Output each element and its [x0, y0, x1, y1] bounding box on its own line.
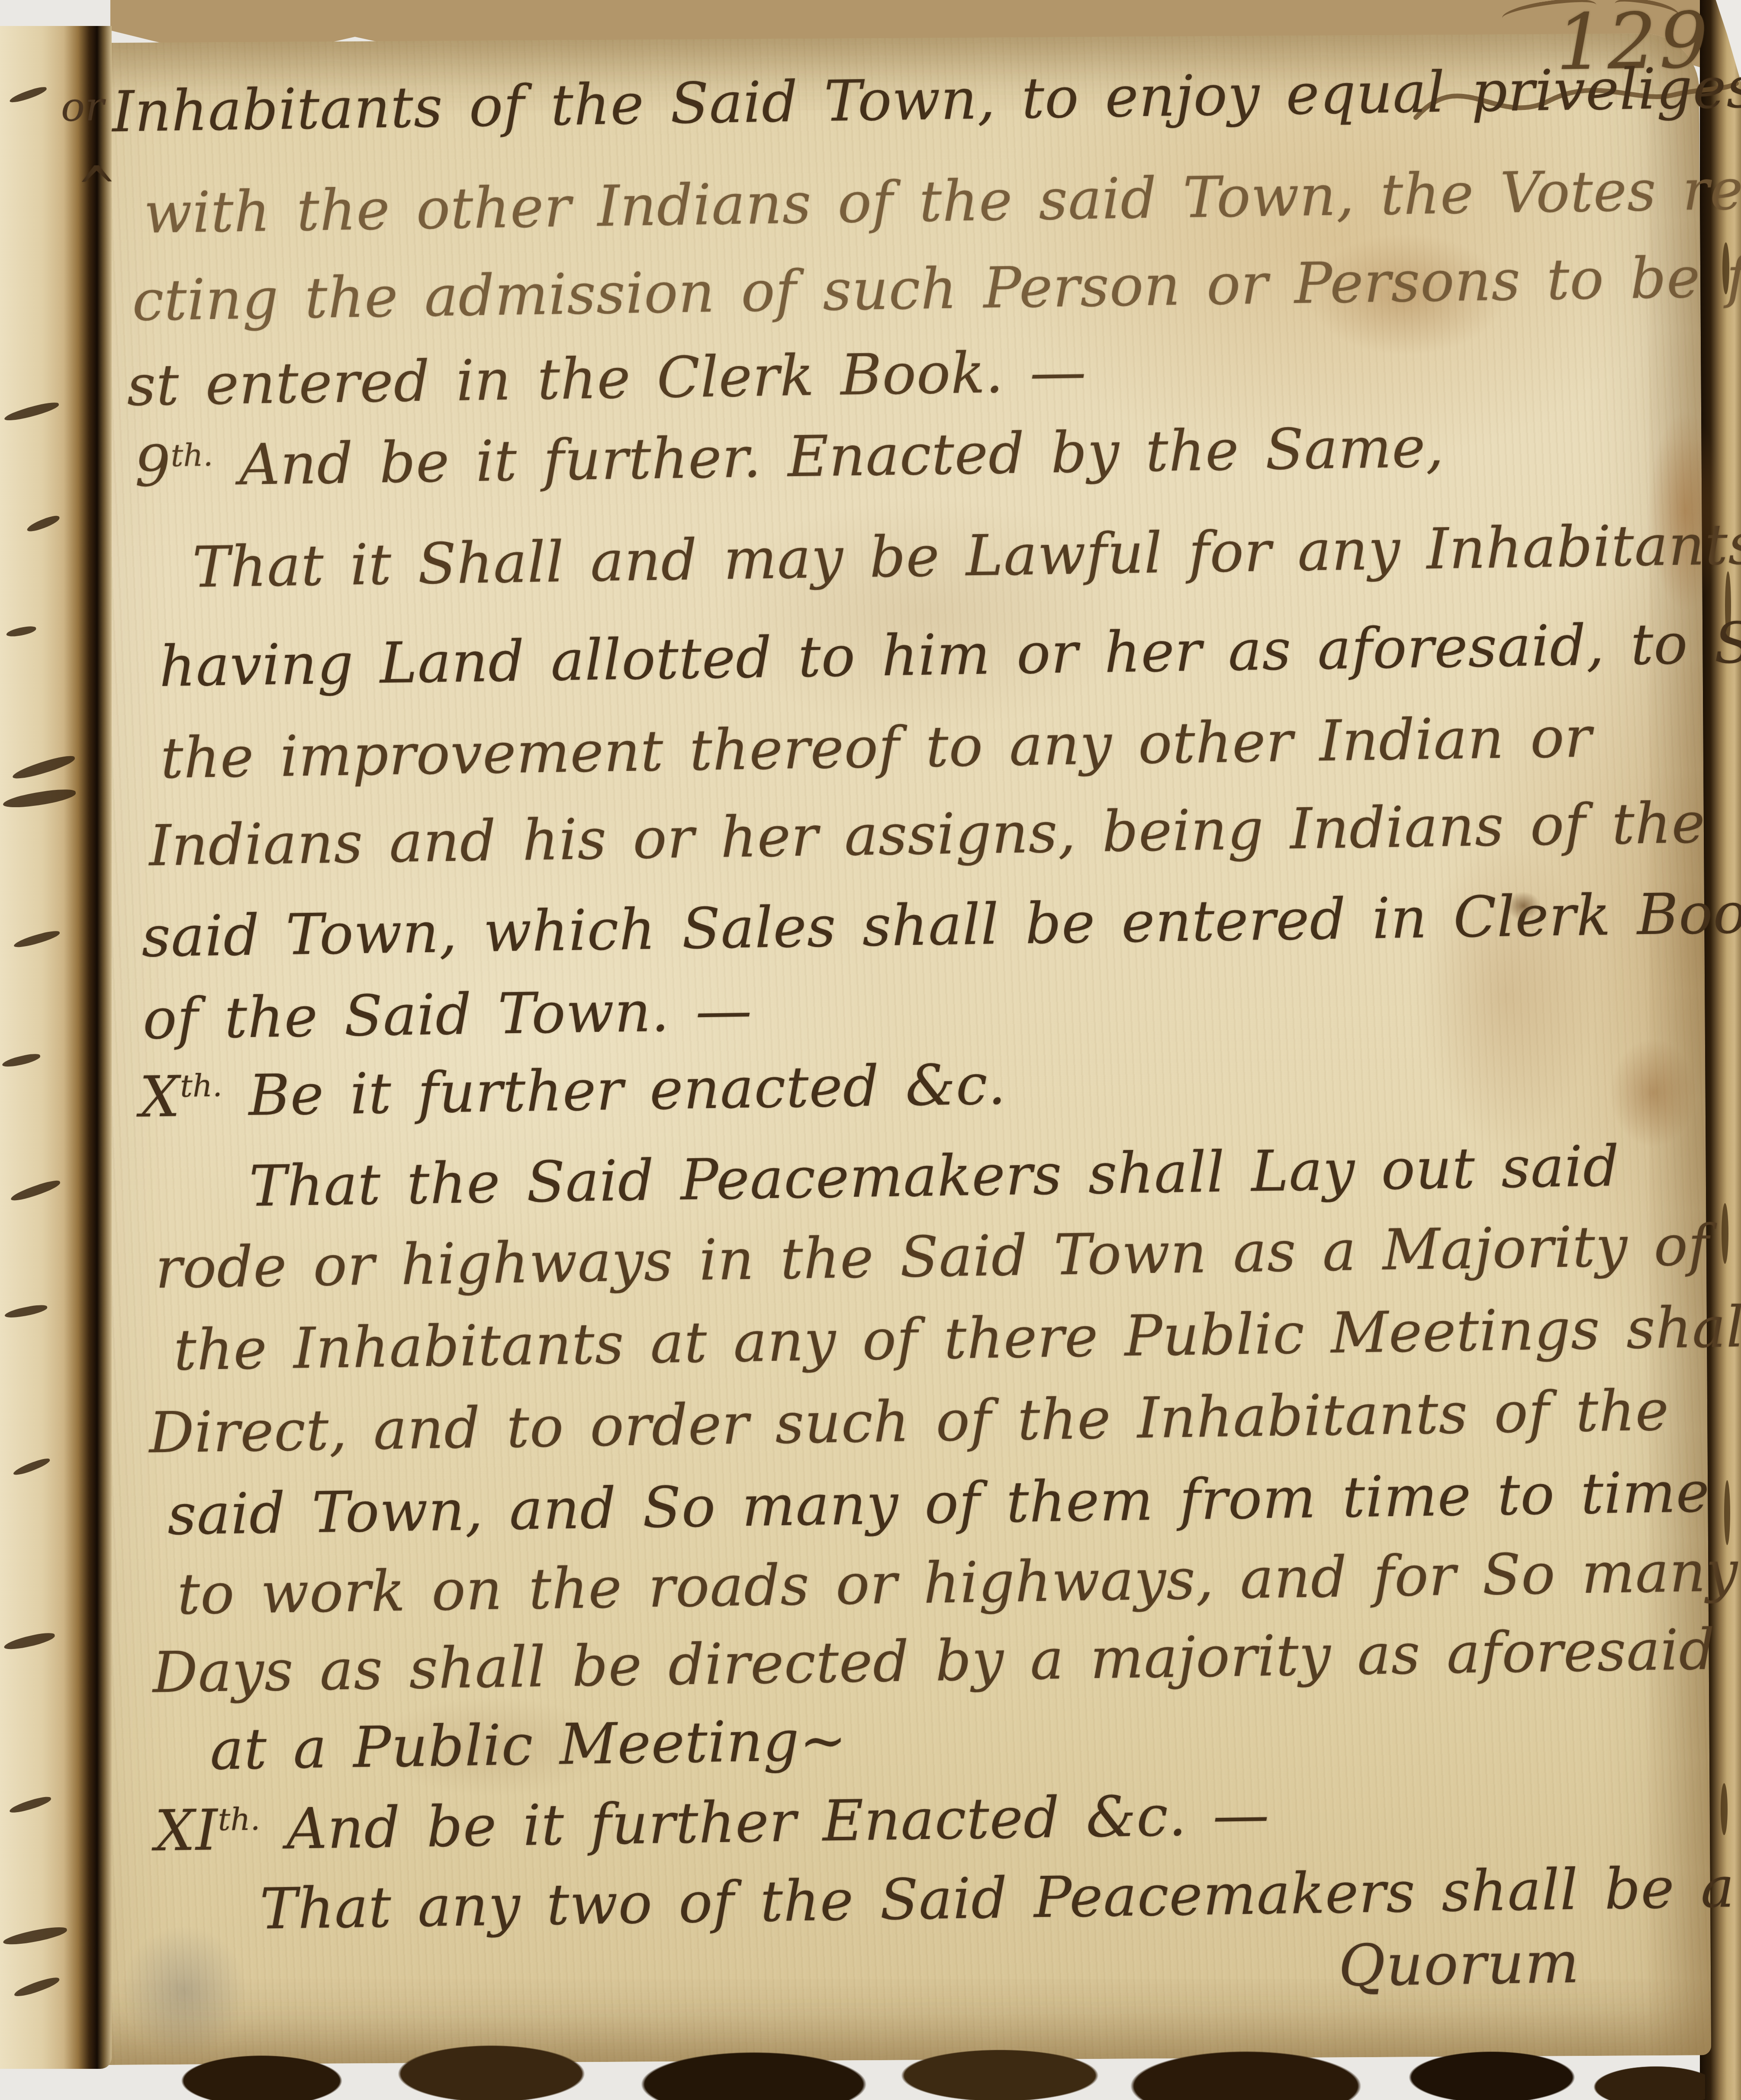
manuscript-line: Indians and his or her assigns, being In… [148, 792, 1706, 877]
manuscript-line: of the Said Town. — [142, 979, 753, 1050]
manuscript-line: Days as shall be directed by a majority … [152, 1619, 1716, 1704]
manuscript-line: That any two of the Said Peacemakers sha… [260, 1856, 1735, 1940]
manuscript-line: to work on the roads or highways, and fo… [177, 1540, 1739, 1625]
margin-insertion-or: or [61, 84, 104, 130]
manuscript-line: XIth. And be it further Enacted &c. — [154, 1784, 1270, 1862]
manuscript-line: the improvement thereof to any other Ind… [160, 706, 1592, 789]
manuscript-line: said Town, which Sales shall be entered … [141, 882, 1741, 968]
catchword: Quorum [1338, 1929, 1580, 2000]
manuscript-line: st entered in the Clerk Book. — [126, 341, 1087, 417]
manuscript-line: That the Said Peacemakers shall Lay out … [249, 1135, 1620, 1217]
manuscript-line: with the other Indians of the said Town,… [143, 156, 1741, 244]
manuscript-line: having Land allotted to him or her as af… [159, 611, 1741, 698]
manuscript-line: said Town, and So many of them from time… [167, 1461, 1710, 1546]
manuscript-line: cting the admission of such Person or Pe… [132, 245, 1741, 332]
manuscript-line: the Inhabitants at any of there Public M… [173, 1296, 1741, 1381]
manuscript-line: Direct, and to order such of the Inhabit… [148, 1379, 1670, 1464]
manuscript-line: at a Public Meeting~ [209, 1710, 847, 1781]
manuscript-line: That it Shall and may be Lawful for any … [192, 513, 1741, 599]
manuscript-line: 9th. And be it further. Enacted by the S… [134, 416, 1444, 498]
handwriting-layer: 129 or ^ Inhabitants of the Said Town, t… [0, 0, 1741, 2100]
insertion-caret: ^ [77, 153, 118, 223]
scanned-manuscript: { "document": { "page_number": "129", "m… [0, 0, 1741, 2100]
manuscript-line: Xth. Be it further enacted &c. [139, 1053, 1007, 1128]
manuscript-line: rode or highways in the Said Town as a M… [155, 1214, 1710, 1299]
